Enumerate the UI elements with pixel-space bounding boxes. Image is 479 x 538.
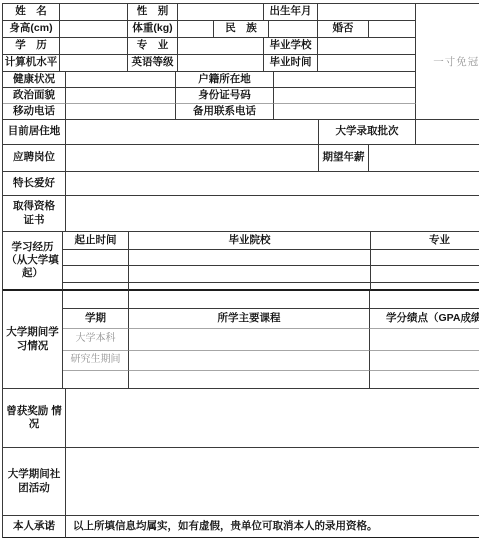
major-value-cell[interactable] xyxy=(371,283,479,291)
awards-value-cell[interactable] xyxy=(66,389,479,448)
certificate-label: 取得资格 证书 xyxy=(3,196,66,232)
row-hobby: 特长爱好 xyxy=(3,172,479,196)
row-name-gender-birth: 姓 名 性 别 出生年月 xyxy=(3,4,479,21)
study-history-row xyxy=(63,250,479,266)
period-value-cell[interactable] xyxy=(63,250,129,266)
university-study-header-row: 学期 所学主要课程 学分绩点（GPA成绩） xyxy=(63,309,479,329)
residence-label: 目前居住地 xyxy=(3,120,66,145)
salary-value-cell[interactable] xyxy=(369,145,479,172)
photo-placeholder: 一寸免冠照 xyxy=(416,4,479,120)
major-value-cell[interactable] xyxy=(371,250,479,266)
admission-batch-label: 大学录取批次 xyxy=(319,120,416,145)
position-value-cell[interactable] xyxy=(66,145,319,172)
hobby-label: 特长爱好 xyxy=(3,172,66,196)
graduate-row: 研究生期间 xyxy=(63,351,479,371)
marital-value-cell[interactable] xyxy=(369,21,416,38)
grad-school-value-cell[interactable] xyxy=(318,38,416,55)
photo-note: 一寸免冠照 xyxy=(433,54,479,69)
row-position-salary: 应聘岗位 期望年薪 xyxy=(3,145,479,172)
health-label: 健康状况 xyxy=(3,72,66,88)
gender-label: 性 别 xyxy=(128,4,178,21)
grad-school-label: 毕业学校 xyxy=(264,38,318,55)
height-value-cell[interactable] xyxy=(60,21,128,38)
id-number-value-cell[interactable] xyxy=(274,88,416,104)
gpa-header: 学分绩点（GPA成绩） xyxy=(370,309,479,329)
height-label: 身高(cm) xyxy=(3,21,60,38)
row-health-registry: 健康状况 户籍所在地 xyxy=(3,72,479,88)
salary-label: 期望年薪 xyxy=(319,145,369,172)
spacer-cell xyxy=(129,291,370,309)
political-label: 政治面貌 xyxy=(3,88,66,104)
major-value-cell[interactable] xyxy=(178,38,264,55)
blank-cell[interactable] xyxy=(129,371,370,389)
period-value-cell[interactable] xyxy=(63,283,129,291)
study-history-row xyxy=(63,266,479,283)
university-study-spacer-row xyxy=(63,291,479,309)
row-club-activities: 大学期间社 团活动 xyxy=(3,448,479,516)
education-value-cell[interactable] xyxy=(60,38,128,55)
registry-label: 户籍所在地 xyxy=(176,72,274,88)
study-history-label: 学习经历 （从大学填 起） xyxy=(3,232,63,291)
position-label: 应聘岗位 xyxy=(3,145,66,172)
computer-level-label: 计算机水平 xyxy=(3,55,60,72)
weight-label: 体重(kg) xyxy=(128,21,178,38)
semester-header: 学期 xyxy=(63,309,129,329)
basic-info-section: 姓 名 性 别 出生年月 身高(cm) 体重(kg) 民 族 婚否 学 历 xyxy=(3,4,479,120)
marital-label: 婚否 xyxy=(318,21,369,38)
row-education-major-school: 学 历 专 业 毕业学校 xyxy=(3,38,479,55)
row-mobile-altphone: 移动电话 备用联系电话 xyxy=(3,104,479,120)
school-header: 毕业院校 xyxy=(129,232,371,250)
club-value-cell[interactable] xyxy=(66,448,479,516)
study-history-section: 学习经历 （从大学填 起） 起止时间 毕业院校 专业 xyxy=(3,232,479,291)
undergraduate-row: 大学本科 xyxy=(63,329,479,351)
english-level-label: 英语等级 xyxy=(128,55,178,72)
courses-header: 所学主要课程 xyxy=(129,309,370,329)
certificate-value-cell[interactable] xyxy=(66,196,479,232)
promise-statement: 以上所填信息均属实，如有虚假，贵单位可取消本人的录用资格。 xyxy=(66,516,479,538)
university-study-label: 大学期间学 习情况 xyxy=(3,291,63,389)
study-history-header-row: 起止时间 毕业院校 专业 xyxy=(63,232,479,250)
grad-time-label: 毕业时间 xyxy=(264,55,318,72)
registry-value-cell[interactable] xyxy=(274,72,416,88)
hobby-value-cell[interactable] xyxy=(66,172,479,196)
school-value-cell[interactable] xyxy=(129,250,371,266)
promise-label: 本人承诺 xyxy=(3,516,66,538)
weight-value-cell[interactable] xyxy=(178,21,214,38)
school-value-cell[interactable] xyxy=(129,266,371,283)
major-label: 专 业 xyxy=(128,38,178,55)
gender-value-cell[interactable] xyxy=(178,4,264,21)
row-political-id: 政治面貌 身份证号码 xyxy=(3,88,479,104)
row-computer-english-gradtime: 计算机水平 英语等级 毕业时间 xyxy=(3,55,479,72)
graduate-gpa-cell[interactable] xyxy=(370,351,479,371)
university-study-grid: 学期 所学主要课程 学分绩点（GPA成绩） 大学本科 研究生期间 xyxy=(63,291,479,389)
mobile-label: 移动电话 xyxy=(3,104,66,120)
political-value-cell[interactable] xyxy=(66,88,176,104)
university-study-blank-row xyxy=(63,371,479,389)
club-label: 大学期间社 团活动 xyxy=(3,448,66,516)
awards-label: 曾获奖励 情 况 xyxy=(3,389,66,448)
blank-cell[interactable] xyxy=(63,371,129,389)
application-form-table: 姓 名 性 别 出生年月 身高(cm) 体重(kg) 民 族 婚否 学 历 xyxy=(2,3,479,538)
major-header: 专业 xyxy=(371,232,479,250)
mobile-value-cell[interactable] xyxy=(66,104,176,120)
birth-value-cell[interactable] xyxy=(318,4,416,21)
health-value-cell[interactable] xyxy=(66,72,176,88)
admission-batch-value-cell[interactable] xyxy=(416,120,479,145)
english-level-value-cell[interactable] xyxy=(178,55,264,72)
undergraduate-courses-cell[interactable] xyxy=(129,329,370,351)
name-label: 姓 名 xyxy=(3,4,60,21)
university-study-section: 大学期间学 习情况 学期 所学主要课程 学分绩点（GPA成绩） 大学本科 xyxy=(3,291,479,389)
undergraduate-label: 大学本科 xyxy=(63,329,129,351)
row-certificate: 取得资格 证书 xyxy=(3,196,479,232)
graduate-courses-cell[interactable] xyxy=(129,351,370,371)
alt-phone-value-cell[interactable] xyxy=(274,104,416,120)
spacer-cell xyxy=(370,291,479,309)
application-form-page: 姓 名 性 别 出生年月 身高(cm) 体重(kg) 民 族 婚否 学 历 xyxy=(0,0,479,538)
row-promise: 本人承诺 以上所填信息均属实，如有虚假，贵单位可取消本人的录用资格。 xyxy=(3,516,479,538)
alt-phone-label: 备用联系电话 xyxy=(176,104,274,120)
period-header: 起止时间 xyxy=(63,232,129,250)
study-history-grid: 起止时间 毕业院校 专业 xyxy=(63,232,479,291)
row-awards: 曾获奖励 情 况 xyxy=(3,389,479,448)
study-history-row xyxy=(63,283,479,291)
grad-time-value-cell[interactable] xyxy=(318,55,416,72)
education-label: 学 历 xyxy=(3,38,60,55)
ethnicity-label: 民 族 xyxy=(214,21,269,38)
school-value-cell[interactable] xyxy=(129,283,371,291)
birth-label: 出生年月 xyxy=(264,4,318,21)
ethnicity-value-cell[interactable] xyxy=(269,21,318,38)
period-value-cell[interactable] xyxy=(63,266,129,283)
major-value-cell[interactable] xyxy=(371,266,479,283)
computer-level-value-cell[interactable] xyxy=(60,55,128,72)
blank-cell[interactable] xyxy=(370,371,479,389)
name-value-cell[interactable] xyxy=(60,4,128,21)
id-number-label: 身份证号码 xyxy=(176,88,274,104)
graduate-label: 研究生期间 xyxy=(63,351,129,371)
row-height-weight-ethnicity-marital: 身高(cm) 体重(kg) 民 族 婚否 xyxy=(3,21,479,38)
undergraduate-gpa-cell[interactable] xyxy=(370,329,479,351)
residence-value-cell[interactable] xyxy=(66,120,319,145)
row-residence-batch: 目前居住地 大学录取批次 xyxy=(3,120,479,145)
spacer-cell xyxy=(63,291,129,309)
